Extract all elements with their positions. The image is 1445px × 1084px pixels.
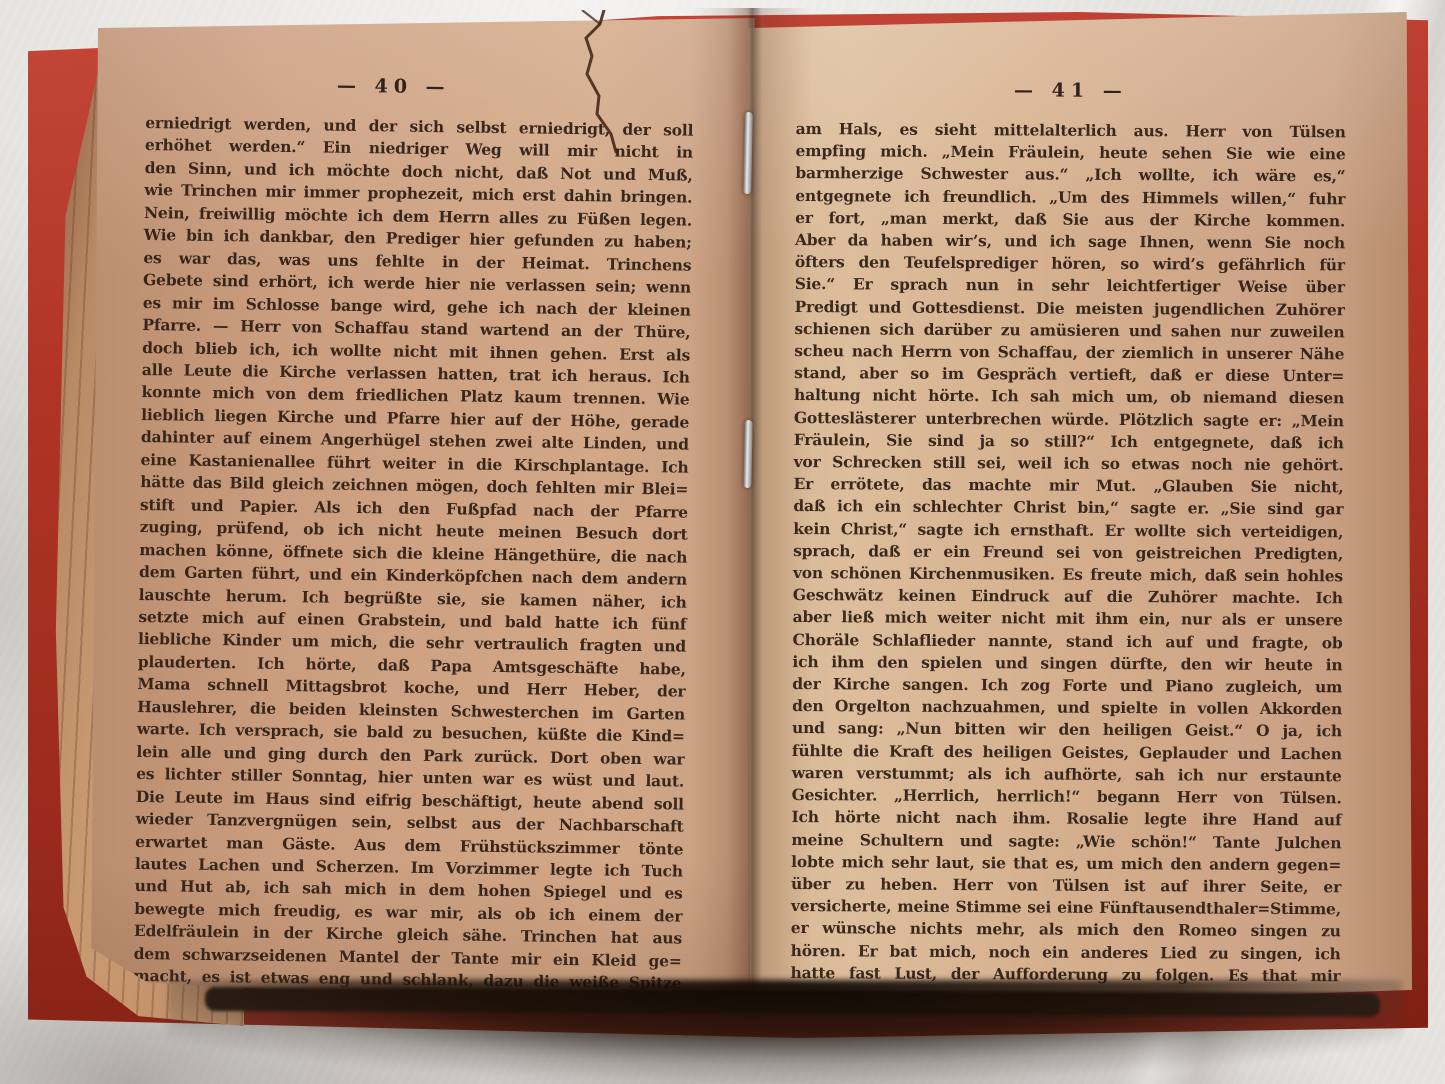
left-page: — 40 — erniedrigt werden, und der sich s… [88, 16, 756, 1018]
right-page: — 41 — am Hals, es sieht mittelalterlich… [746, 8, 1412, 1014]
left-page-text-block: — 40 — erniedrigt werden, und der sich s… [133, 72, 694, 995]
open-book-photo: — 40 — erniedrigt werden, und der sich s… [0, 0, 1445, 1084]
book-cast-shadow [168, 980, 1402, 1084]
binding-staple-middle [743, 420, 752, 488]
left-page-lines: erniedrigt werden, und der sich selbst e… [133, 112, 693, 995]
page-number-right: — 41 — [796, 78, 1346, 103]
page-number-left: — 40 — [120, 72, 668, 102]
right-page-text-block: — 41 — am Hals, es sieht mittelalterlich… [790, 78, 1346, 987]
right-page-lines: am Hals, es sieht mittelalterlich aus. H… [790, 118, 1345, 987]
binding-staple-top [743, 112, 753, 194]
